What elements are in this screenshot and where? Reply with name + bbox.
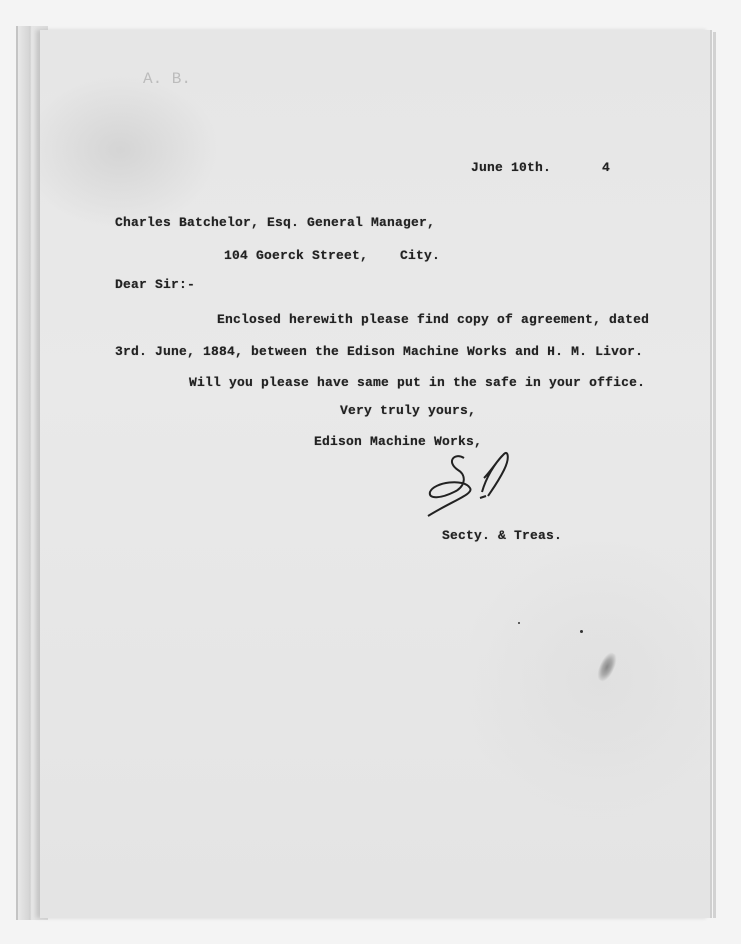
addressee-name: Charles Batchelor, Esq. General Manager, bbox=[115, 215, 435, 230]
salutation: Dear Sir:- bbox=[115, 277, 195, 292]
ink-speck bbox=[580, 630, 583, 633]
faint-pencil-mark: A. B. bbox=[143, 70, 191, 88]
body-line-2: 3rd. June, 1884, between the Edison Mach… bbox=[115, 344, 643, 359]
ink-speck bbox=[518, 622, 520, 624]
addressee-address: 104 Goerck Street, City. bbox=[224, 248, 440, 263]
closing: Very truly yours, bbox=[340, 403, 476, 418]
page-number: 4 bbox=[602, 160, 610, 175]
letter-date: June 10th. bbox=[471, 160, 551, 175]
signer-title: Secty. & Treas. bbox=[442, 528, 562, 543]
letter-page: A. B. June 10th. 4 Charles Batchelor, Es… bbox=[40, 30, 710, 918]
handwritten-signature bbox=[424, 448, 524, 518]
body-line-1: Enclosed herewith please find copy of ag… bbox=[217, 312, 649, 327]
body-line-3: Will you please have same put in the saf… bbox=[189, 375, 645, 390]
company-name: Edison Machine Works, bbox=[314, 434, 482, 449]
ink-smudge bbox=[594, 650, 619, 683]
